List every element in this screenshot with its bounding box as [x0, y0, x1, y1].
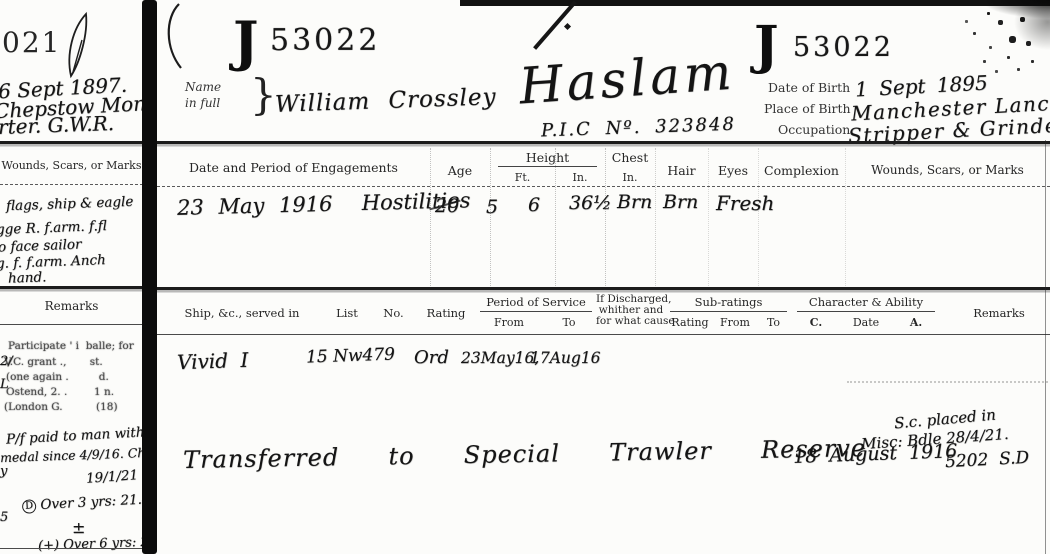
sub-from-header: From — [714, 316, 756, 329]
rule — [0, 184, 143, 185]
chest-in-header: In. — [605, 171, 655, 184]
sub-rating-header: Rating — [666, 316, 714, 329]
printed-remark-line: Participate ' i balle; for — [8, 340, 134, 352]
sub-to-header: To — [756, 316, 791, 329]
over-3-years-note: D Over 3 yrs: 21.4.32 — [22, 490, 143, 514]
card-right-edge — [1045, 140, 1046, 554]
date-of-birth-label: Date of Birth — [768, 80, 850, 95]
printed-remark-line: (London G. (18) — [4, 401, 118, 413]
surname-handwriting: Haslam — [517, 43, 737, 116]
period-of-service-header: Period of Service — [476, 295, 596, 309]
remarks-column-header: Remarks — [949, 306, 1049, 320]
occupation-label: Occupation — [778, 122, 850, 137]
character-date-header: Date — [841, 316, 891, 329]
prev-occupation-note: rter. G.W.R. — [0, 111, 114, 139]
rating-entry: Ord — [414, 347, 449, 368]
discharged-header-line: for what cause — [596, 315, 666, 327]
printed-remark-line: V.C. grant ., st. — [4, 356, 103, 368]
over-6-years-note: (+) Over 6 yrs: 28.6.26 — [38, 533, 143, 553]
rule — [0, 286, 143, 289]
rule — [157, 186, 1050, 187]
rule — [0, 141, 143, 144]
printed-remark-line: Ostend, 2. . 1 n. — [6, 386, 114, 398]
circled-letter-mark: D — [22, 499, 37, 514]
chest-entry: 36½ — [569, 192, 612, 214]
to-date-entry: 17Aug16 — [530, 349, 601, 367]
height-ft-header: Ft. — [490, 171, 555, 184]
period-from-header: From — [476, 316, 542, 329]
scan-specks — [987, 12, 990, 15]
record-card-scan: 021 6 Sept 1897. Chepstow Mon. rter. G.W… — [0, 0, 1050, 554]
complexion-entry: Fresh — [716, 191, 774, 215]
printed-remark-line: (one again . d. — [6, 371, 109, 383]
ship-entry: Vivid I — [177, 348, 249, 374]
transfer-date: 18 August 1916 — [793, 440, 958, 468]
column-rule — [555, 148, 556, 286]
rule — [0, 548, 143, 549]
rule — [670, 311, 787, 312]
height-column-header: Height — [490, 150, 605, 165]
character-ability-header: Character & Ability — [791, 295, 941, 309]
prev-wounds-header: Wounds, Scars, or Marks — [0, 159, 143, 172]
written-remark-line: P/f paid to man with — [6, 424, 143, 447]
period-to-header: To — [542, 316, 596, 329]
wounds-column-header: Wounds, Scars, or Marks — [845, 163, 1050, 177]
hair-column-header: Hair — [655, 163, 708, 178]
name-label: in full — [185, 96, 220, 110]
pen-stroke-icon — [159, 2, 187, 72]
transfer-note: Transferred to Special Trawler Reserve — [183, 434, 866, 474]
card-divider-bar — [142, 0, 157, 554]
brace-glyph: } — [250, 70, 277, 119]
complexion-column-header: Complexion — [758, 163, 845, 178]
ink-speck — [564, 23, 571, 30]
rule — [157, 334, 1050, 335]
faint-pencil-smudge — [847, 381, 1050, 383]
prev-card-number: 021 — [2, 26, 61, 59]
rule — [157, 287, 1050, 290]
eyes-column-header: Eyes — [708, 163, 758, 178]
hair-entry: Brn — [617, 191, 652, 213]
transfer-reference: 5202 S.D — [945, 448, 1030, 472]
margin-mark: 2/ — [0, 354, 13, 369]
rule — [797, 311, 935, 312]
service-number-stamp: 53022 — [793, 34, 894, 61]
quill-pen-icon — [58, 10, 100, 82]
written-remark-line: 19/1/21 — [86, 467, 139, 487]
tattoo-note-line: g. f. f.arm. Anch — [0, 252, 106, 272]
service-number-prefix-stamp: J — [233, 14, 259, 68]
previous-card-edge: 021 6 Sept 1897. Chepstow Mon. rter. G.W… — [0, 0, 143, 554]
service-record-card: J 53022 Name in full } William Crossley … — [157, 0, 1050, 554]
margin-mark: y — [0, 464, 7, 479]
age-column-header: Age — [430, 163, 490, 178]
margin-mark: 5 — [0, 510, 8, 525]
height-ft-entry: 5 — [486, 196, 498, 218]
service-number-stamp: 53022 — [270, 26, 380, 56]
column-rule — [605, 148, 606, 286]
margin-mark: L — [0, 377, 9, 392]
no-column-header: No. — [371, 306, 416, 320]
rule — [498, 166, 597, 167]
rule — [480, 311, 592, 312]
written-remark-line: medal since 4/9/16. Chn 19. — [0, 444, 143, 465]
sub-ratings-header: Sub-ratings — [666, 295, 791, 309]
character-a-header: A. — [891, 316, 941, 329]
ship-column-header: Ship, &c., served in — [161, 306, 323, 320]
service-number-prefix-stamp: J — [754, 20, 779, 72]
plus-minus-mark: ± — [72, 518, 85, 537]
over-3-years-text: Over 3 yrs: 21.4.32 — [36, 490, 143, 513]
list-no-entry: 15 Nw479 — [306, 344, 396, 367]
chest-column-header: Chest — [605, 150, 655, 165]
place-of-birth-label: Place of Birth — [764, 101, 851, 116]
rule — [157, 141, 1050, 144]
height-in-header: In. — [555, 171, 605, 184]
tattoo-note-line: gge R. f.arm. f.fl — [0, 218, 107, 238]
prev-remarks-header: Remarks — [0, 299, 143, 313]
tattoo-note-line: hand. — [8, 269, 47, 286]
pic-number-handwriting: P.I.C Nº. 323848 — [541, 114, 737, 142]
rule — [0, 324, 143, 325]
height-in-entry: 6 — [528, 194, 540, 216]
rating-column-header: Rating — [416, 306, 476, 320]
engagements-column-header: Date and Period of Engagements — [157, 160, 430, 175]
from-date-entry: 23May16, — [461, 349, 539, 367]
tattoo-note-line: flags, ship & eagle — [6, 194, 134, 214]
list-column-header: List — [323, 306, 371, 320]
forenames-handwriting: William Crossley — [275, 84, 497, 118]
engagement-entry: 23 May 1916 Hostilities — [177, 188, 471, 220]
eyes-entry: Brn — [663, 191, 698, 213]
name-label: Name — [185, 80, 221, 94]
character-c-header: C. — [791, 316, 841, 329]
